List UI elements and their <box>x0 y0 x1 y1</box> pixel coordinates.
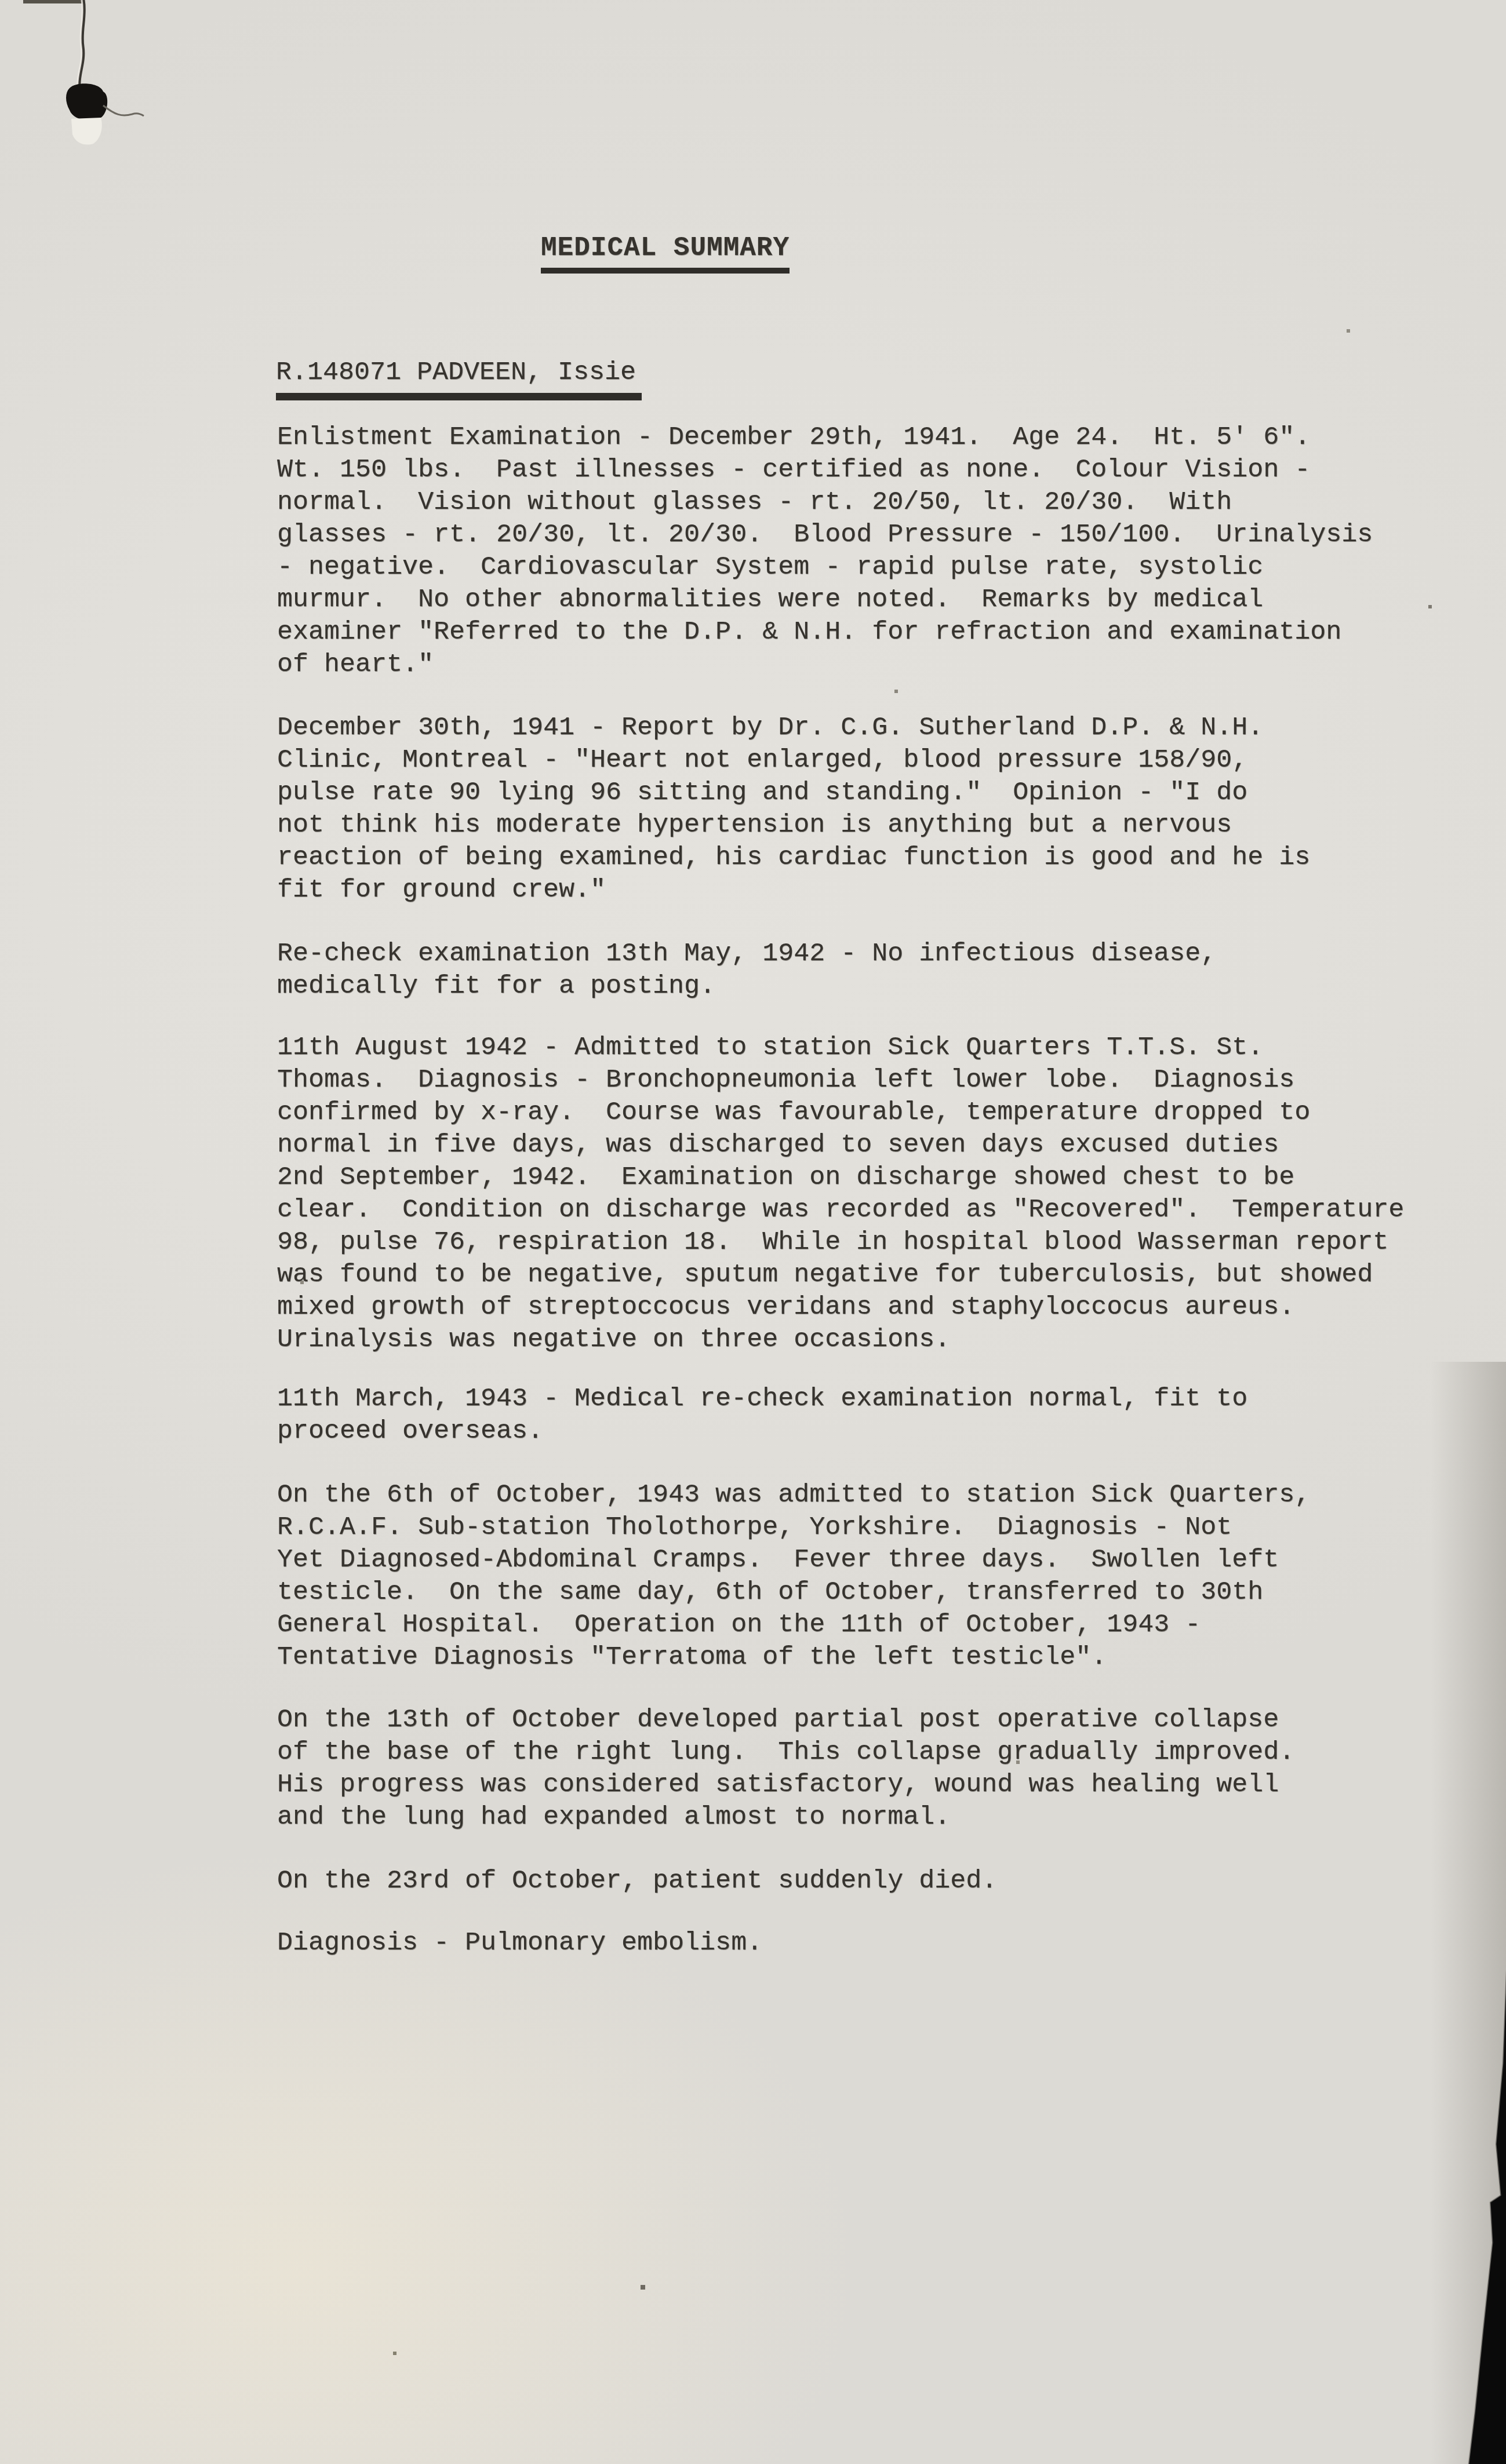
paragraph-recheck-may-1942: Re-check examination 13th May, 1942 - No… <box>277 938 1216 1003</box>
paragraph-final-diagnosis: Diagnosis - Pulmonary embolism. <box>277 1927 762 1959</box>
paragraph-october-1943-admission: On the 6th of October, 1943 was admitted… <box>277 1479 1310 1674</box>
scanned-medical-summary-page: MEDICAL SUMMARY R.148071 PADVEEN, Issie … <box>0 0 1506 2464</box>
paragraph-october-23-death: On the 23rd of October, patient suddenly… <box>277 1865 997 1897</box>
patient-header: R.148071 PADVEEN, Issie <box>276 356 642 400</box>
paper-tear-hole-artifact <box>23 0 174 174</box>
paragraph-march-1943-recheck: 11th March, 1943 - Medical re-check exam… <box>277 1383 1247 1448</box>
paper-edge-shading <box>1431 1362 1506 2464</box>
page-title: MEDICAL SUMMARY <box>541 232 790 274</box>
paragraph-october-13-collapse: On the 13th of October developed partial… <box>277 1704 1294 1834</box>
paper-specks <box>0 0 1 1</box>
paragraph-december-30-1941-report: December 30th, 1941 - Report by Dr. C.G.… <box>277 712 1310 906</box>
paragraph-enlistment-examination: Enlistment Examination - December 29th, … <box>277 421 1373 681</box>
paragraph-august-1942-admission: 11th August 1942 - Admitted to station S… <box>277 1031 1404 1356</box>
